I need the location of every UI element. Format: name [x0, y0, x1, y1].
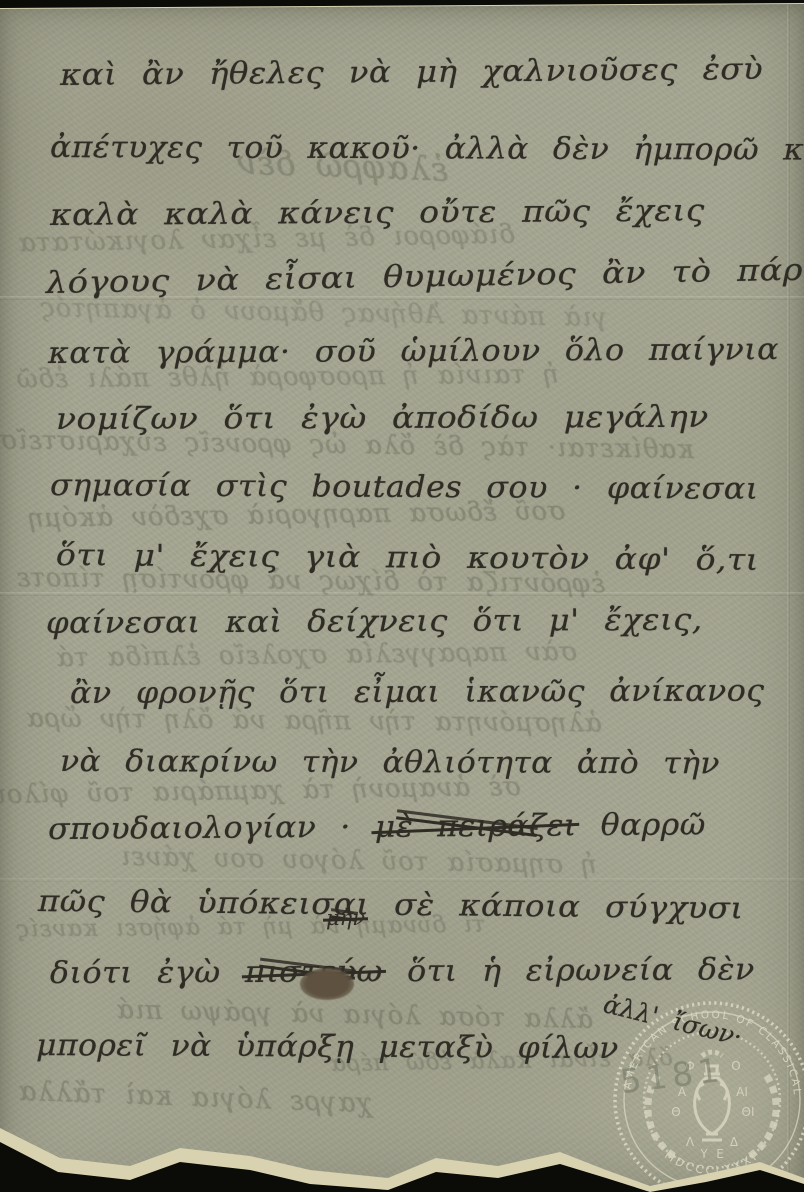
fold-crease-horizontal-3 — [0, 878, 804, 882]
handwriting-line-7: σημασία στὶς boutades σου · φαίνεσαι — [50, 468, 759, 507]
letter-page-scan: ἐλαφρῶ δὲνδιάφοροι δὲ με εἶχαν λογικώτατ… — [0, 0, 804, 1192]
handwriting-line-10: ἂν φρονῇς ὅτι εἶμαι ἱκανῶς ἀνίκανος — [70, 674, 765, 711]
handwriting-line-15: μπορεῖ νὰ ὑπάρξῃ μεταξὺ φίλων — [36, 1028, 619, 1066]
stamp-letter: Λ — [686, 1135, 695, 1149]
handwriting-text: κατὰ γράμμα· σοῦ ὡμίλουν ὅλο παίγνια — [48, 332, 779, 371]
bleedthrough-line-8: σὰν παραγγελία σχολεῖο ἐλπίδα τά — [56, 637, 578, 673]
handwriting-line-3: καλὰ καλὰ κάνεις οὔτε πῶς ἔχεις — [50, 193, 705, 233]
handwriting-text: νομίζων ὅτι ἐγὼ ἀποδίδω μεγάλην — [56, 400, 709, 437]
handwriting-line-11: νὰ διακρίνω τὴν ἀθλιότητα ἀπὸ τὴν — [60, 744, 720, 781]
handwriting-line-9: φαίνεσαι καὶ δείχνεις ὅτι μ' ἔχεις, — [46, 603, 703, 641]
stamp-letter: Υ — [699, 1147, 708, 1161]
stamp-letter: Ο — [731, 1059, 740, 1073]
handwriting-text: μπορεῖ νὰ ὑπάρξῃ μεταξὺ φίλων — [36, 1028, 619, 1066]
handwriting-text: ἀπέτυχες τοῦ κακοῦ· ἀλλὰ δὲν ἠμπορῶ καὶ — [50, 130, 804, 168]
handwriting-line-14: διότι ἐγὼ πιστεύω ὅτι ἡ εἰρωνεία δὲν — [50, 952, 755, 991]
stamp-letter: ΘΙ — [742, 1105, 755, 1119]
stamp-letter: Ε — [716, 1147, 724, 1161]
handwriting-line-5: κατὰ γράμμα· σοῦ ὡμίλουν ὅλο παίγνια — [48, 332, 779, 371]
handwriting-text: καλὰ καλὰ κάνεις οὔτε πῶς ἔχεις — [50, 193, 705, 233]
handwriting-line-4: λόγους νὰ εἶσαι θυμωμένος ἂν τὸ πάρῃς — [46, 252, 804, 301]
stamp-arc-bottom-year: · MDCCCLXXXI · — [653, 1141, 771, 1178]
handwriting-text: ὅτι μ' ἔχεις γιὰ πιὸ κουτὸν ἀφ' ὅ,τι — [56, 538, 759, 578]
stamp-letter: Δ — [730, 1135, 739, 1149]
handwriting-text: σημασία στὶς boutades σου · φαίνεσαι — [50, 468, 759, 507]
bleedthrough-line-15: χαγρε λόγια καὶ τἄλλα — [18, 1076, 374, 1119]
handwriting-text: διότι ἐγὼ — [50, 955, 245, 991]
handwriting-line-13: πῶς θὰ ὑπόκεισαι σὲ κάποια σύγχυσι — [38, 884, 744, 926]
ink-blot — [300, 968, 354, 1000]
handwriting-text: λόγους νὰ εἶσαι θυμωμένος ἂν τὸ πάρῃς — [46, 252, 804, 301]
handwriting-line-6: νομίζων ὅτι ἐγὼ ἀποδίδω μεγάλην — [56, 400, 709, 437]
struck-out-word: μὲ πειράζει — [375, 808, 577, 844]
handwriting-line-12: σπουδαιολογίαν · μὲ πειράζει θαρρῶ — [48, 807, 706, 847]
stamp-letter: ΑΙ — [736, 1085, 748, 1099]
handwriting-text: φαίνεσαι καὶ δείχνεις ὅτι μ' ἔχεις, — [46, 603, 703, 641]
paper-sheet: ἐλαφρῶ δὲνδιάφοροι δὲ με εἶχαν λογικώτατ… — [0, 0, 804, 1192]
handwriting-text: ὅτι ἡ εἰρωνεία δὲν — [383, 952, 755, 989]
handwriting-line-8: ὅτι μ' ἔχεις γιὰ πιὸ κουτὸν ἀφ' ὅ,τι — [56, 538, 759, 578]
handwriting-line-1: καὶ ἂν ἤθελες νὰ μὴ χαλνιοῦσες ἐσὺ — [60, 52, 763, 93]
stamp-letter: Θ — [671, 1105, 680, 1119]
handwriting-text: πῶς θὰ ὑπόκεισαι σὲ κάποια σύγχυσι — [38, 884, 744, 926]
handwriting-text: νὰ διακρίνω τὴν ἀθλιότητα ἀπὸ τὴν — [60, 744, 720, 781]
interline-struck-word: μὴν — [326, 906, 365, 930]
handwriting-text: θαρρῶ — [576, 807, 705, 843]
svg-text:· MDCCCLXXXI ·: · MDCCCLXXXI · — [653, 1141, 771, 1178]
handwriting-line-2: ἀπέτυχες τοῦ κακοῦ· ἀλλὰ δὲν ἠμπορῶ καὶ — [50, 130, 804, 168]
handwriting-text: καὶ ἂν ἤθελες νὰ μὴ χαλνιοῦσες ἐσὺ — [60, 52, 763, 93]
handwriting-text: ἂν φρονῇς ὅτι εἶμαι ἱκανῶς ἀνίκανος — [70, 674, 765, 711]
bleedthrough-line-11: ἡ σημασία τοῦ λόγου σου χάνει — [120, 842, 598, 880]
handwriting-text: σπουδαιολογίαν · — [48, 810, 375, 847]
